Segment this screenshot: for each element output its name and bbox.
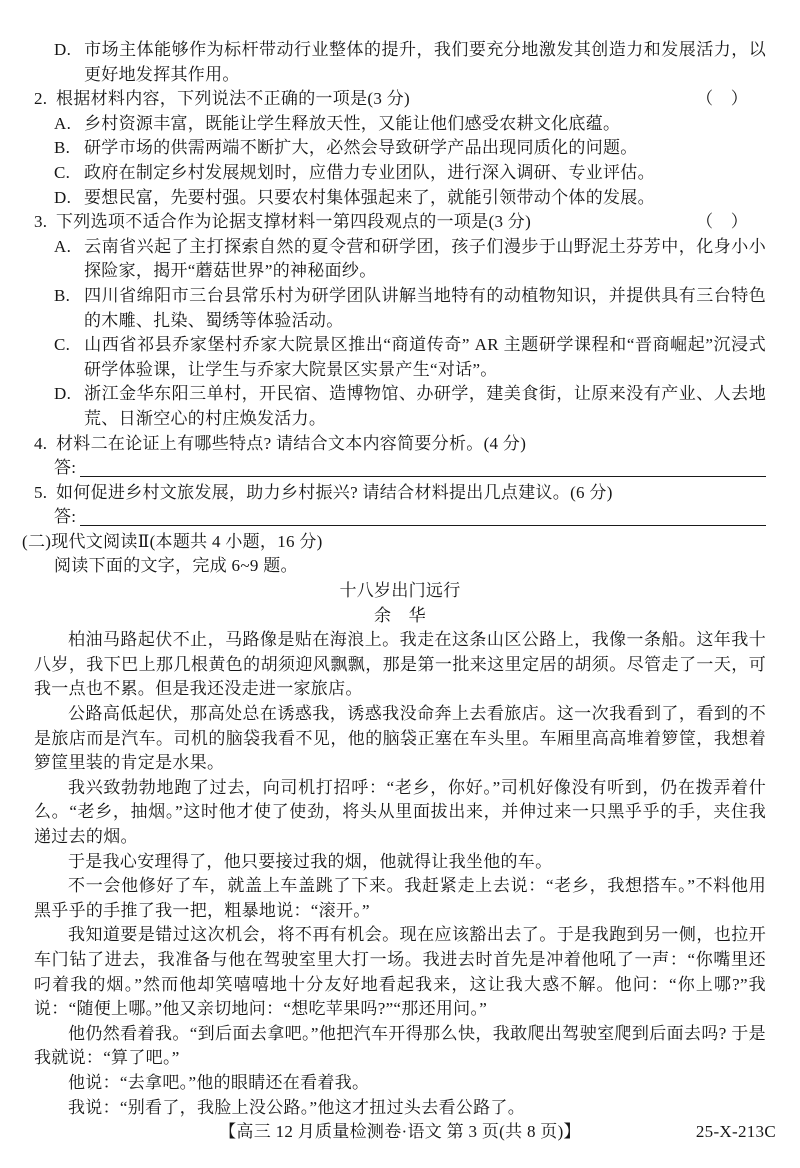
option-label: B. <box>54 284 84 309</box>
section-2: (二)现代文阅读Ⅱ(本题共 4 小题，16 分) 阅读下面的文字，完成 6~9 … <box>34 530 766 1120</box>
option-text: 政府在制定乡村发展规划时，应借力专业团队，进行深入调研、专业评估。 <box>84 163 655 182</box>
option-text: 云南省兴起了主打探索自然的夏令营和研学团，孩子们漫步于山野泥土芬芳中，化身小小探… <box>84 237 766 281</box>
question-stem-row: 2. 根据材料内容，下列说法不正确的一项是(3 分) （ ） <box>34 87 766 112</box>
option-3b: B.四川省绵阳市三台县常乐村为研学团队讲解当地特有的动植物知识，并提供具有三台特… <box>54 284 766 333</box>
option-text: 要想民富，先要村强。只要农村集体强起来了，就能引领带动个体的发展。 <box>84 188 655 207</box>
footer-paper-code: 25-X-213C <box>696 1120 776 1145</box>
exam-page: D.市场主体能够作为标杆带动行业整体的提升，我们要充分地激发其创造力和发展活力，… <box>0 0 800 1168</box>
option-2b: B.研学市场的供需两端不断扩大，必然会导致研学产品出现同质化的问题。 <box>54 136 766 161</box>
option-label: D. <box>54 38 84 63</box>
question-3: 3. 下列选项不适合作为论据支撑材料一第四段观点的一项是(3 分) （ ） A.… <box>34 210 766 431</box>
essay-title: 十八岁出门远行 <box>34 579 766 604</box>
question-5: 5. 如何促进乡村文旅发展，助力乡村振兴? 请结合材料提出几点建议。(6 分) … <box>34 481 766 530</box>
page-footer: 【高三 12 月质量检测卷·语文 第 3 页(共 8 页)】 25-X-213C <box>34 1120 766 1145</box>
reading-instruction: 阅读下面的文字，完成 6~9 题。 <box>54 554 766 579</box>
option-2d: D.要想民富，先要村强。只要农村集体强起来了，就能引领带动个体的发展。 <box>54 186 766 211</box>
option-label: A. <box>54 112 84 137</box>
question-stem: 材料二在论证上有哪些特点? 请结合文本内容简要分析。(4 分) <box>56 432 766 457</box>
question-4: 4. 材料二在论证上有哪些特点? 请结合文本内容简要分析。(4 分) 答: <box>34 432 766 481</box>
question-stem: 下列选项不适合作为论据支撑材料一第四段观点的一项是(3 分) <box>56 210 696 235</box>
carryover-option-d: D.市场主体能够作为标杆带动行业整体的提升，我们要充分地激发其创造力和发展活力，… <box>54 38 766 87</box>
option-label: D. <box>54 186 84 211</box>
option-3d: D.浙江金华东阳三单村，开民宿、造博物馆、办研学，建美食街，让原来没有产业、人去… <box>54 382 766 431</box>
option-text: 乡村资源丰富，既能让学生释放天性，又能让他们感受农耕文化底蕴。 <box>84 114 620 133</box>
option-text: 市场主体能够作为标杆带动行业整体的提升，我们要充分地激发其创造力和发展活力，以更… <box>84 40 766 84</box>
option-3c: C.山西省祁县乔家堡村乔家大院景区推出“商道传奇” AR 主题研学课程和“晋商崛… <box>54 333 766 382</box>
answer-blank-line <box>80 456 766 477</box>
essay-paragraph: 我知道要是错过这次机会，将不再有机会。现在应该豁出去了。于是我跑到另一侧，也拉开… <box>34 923 766 1021</box>
option-text: 山西省祁县乔家堡村乔家大院景区推出“商道传奇” AR 主题研学课程和“晋商崛起”… <box>84 335 766 379</box>
essay-paragraph: 他仍然看着我。“到后面去拿吧。”他把汽车开得那么快，我敢爬出驾驶室爬到后面去吗?… <box>34 1022 766 1071</box>
option-3a: A.云南省兴起了主打探索自然的夏令营和研学团，孩子们漫步于山野泥土芬芳中，化身小… <box>54 235 766 284</box>
option-2a: A.乡村资源丰富，既能让学生释放天性，又能让他们感受农耕文化底蕴。 <box>54 112 766 137</box>
answer-row: 答: <box>54 456 766 481</box>
essay-paragraph: 柏油马路起伏不止，马路像是贴在海浪上。我走在这条山区公路上，我像一条船。这年我十… <box>34 628 766 702</box>
option-text: 浙江金华东阳三单村，开民宿、造博物馆、办研学，建美食街，让原来没有产业、人去地荒… <box>84 384 766 428</box>
question-stem: 根据材料内容，下列说法不正确的一项是(3 分) <box>56 87 696 112</box>
option-label: C. <box>54 333 84 358</box>
section-heading: (二)现代文阅读Ⅱ(本题共 4 小题，16 分) <box>22 530 766 555</box>
answer-blank-line <box>80 505 766 526</box>
essay-paragraph: 他说：“去拿吧。”他的眼睛还在看着我。 <box>34 1071 766 1096</box>
question-stem-row: 3. 下列选项不适合作为论据支撑材料一第四段观点的一项是(3 分) （ ） <box>34 210 766 235</box>
question-2: 2. 根据材料内容，下列说法不正确的一项是(3 分) （ ） A.乡村资源丰富，… <box>34 87 766 210</box>
essay-paragraph: 不一会他修好了车，就盖上车盖跳了下来。我赶紧走上去说：“老乡，我想搭车。”不料他… <box>34 874 766 923</box>
option-2c: C.政府在制定乡村发展规划时，应借力专业团队，进行深入调研、专业评估。 <box>54 161 766 186</box>
option-text: 四川省绵阳市三台县常乐村为研学团队讲解当地特有的动植物知识，并提供具有三台特色的… <box>84 286 766 330</box>
essay-author: 余 华 <box>34 604 766 629</box>
essay-paragraph: 我兴致勃勃地跑了过去，向司机打招呼：“老乡，你好。”司机好像没有听到，仍在拨弄着… <box>34 776 766 850</box>
question-number: 2. <box>34 87 56 112</box>
essay-paragraph: 我说：“别看了，我脸上没公路。”他这才扭过头去看公路了。 <box>34 1096 766 1121</box>
essay-paragraph: 公路高低起伏，那高处总在诱惑我，诱惑我没命奔上去看旅店。这一次我看到了，看到的不… <box>34 702 766 776</box>
option-label: B. <box>54 136 84 161</box>
answer-bracket: （ ） <box>696 210 748 235</box>
option-text: 研学市场的供需两端不断扩大，必然会导致研学产品出现同质化的问题。 <box>84 138 638 157</box>
footer-title-page: 【高三 12 月质量检测卷·语文 第 3 页(共 8 页)】 <box>219 1122 581 1141</box>
question-stem: 如何促进乡村文旅发展，助力乡村振兴? 请结合材料提出几点建议。(6 分) <box>56 481 766 506</box>
answer-label: 答: <box>54 505 76 530</box>
question-stem-row: 5. 如何促进乡村文旅发展，助力乡村振兴? 请结合材料提出几点建议。(6 分) <box>34 481 766 506</box>
option-label: A. <box>54 235 84 260</box>
essay-paragraph: 于是我心安理得了，他只要接过我的烟，他就得让我坐他的车。 <box>34 850 766 875</box>
question-number: 5. <box>34 481 56 506</box>
question-number: 3. <box>34 210 56 235</box>
answer-bracket: （ ） <box>696 87 748 112</box>
question-number: 4. <box>34 432 56 457</box>
option-label: C. <box>54 161 84 186</box>
answer-label: 答: <box>54 456 76 481</box>
option-label: D. <box>54 382 84 407</box>
answer-row: 答: <box>54 505 766 530</box>
question-stem-row: 4. 材料二在论证上有哪些特点? 请结合文本内容简要分析。(4 分) <box>34 432 766 457</box>
